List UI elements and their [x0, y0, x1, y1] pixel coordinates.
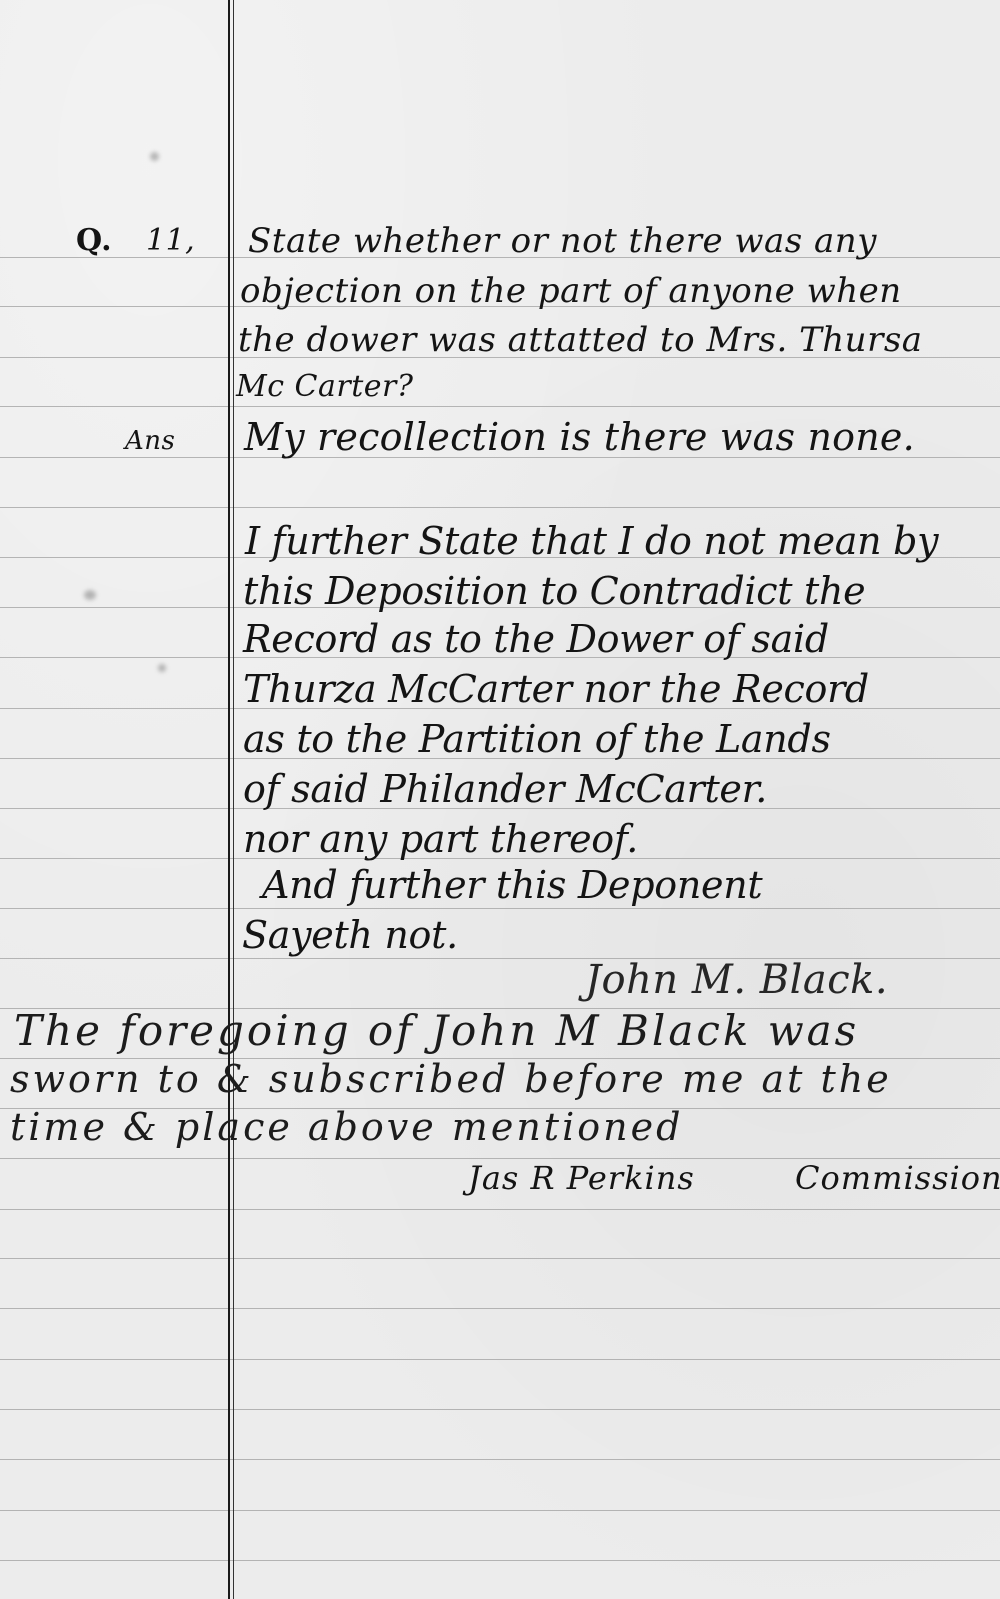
statement-line-1: I further State that I do not mean by: [245, 522, 938, 560]
ruled-line: [0, 507, 1000, 508]
ruled-line: [0, 1258, 1000, 1259]
answer-label: Ans: [125, 428, 175, 454]
question-line-4: Mc Carter?: [236, 372, 413, 402]
margin-rule-inner: [233, 0, 234, 1599]
ruled-line: [0, 1409, 1000, 1410]
ink-smudge: [84, 590, 96, 600]
commissioner-title: Commissioner: [795, 1162, 1000, 1194]
ruled-line: [0, 1359, 1000, 1360]
ruled-line: [0, 406, 1000, 407]
statement-line-7: nor any part thereof.: [243, 820, 638, 858]
question-label: Q.: [76, 226, 112, 256]
certification-line-3: time & place above mentioned: [10, 1108, 683, 1146]
statement-line-4: Thurza McCarter nor the Record: [243, 670, 869, 708]
margin-rule-outer: [228, 0, 230, 1599]
deposition-page: Q. 11, State whether or not there was an…: [0, 0, 1000, 1599]
ruled-line: [0, 1459, 1000, 1460]
ruled-line: [0, 1308, 1000, 1309]
question-line-1: State whether or not there was any: [248, 224, 877, 258]
ruled-line: [0, 908, 1000, 909]
answer-text: My recollection is there was none.: [244, 418, 915, 456]
certification-line-1: The foregoing of John M Black was: [14, 1010, 859, 1052]
question-line-3: the dower was attatted to Mrs. Thursa: [238, 323, 923, 357]
ink-smudge: [150, 152, 159, 161]
deponent-signature: John M. Black.: [585, 960, 888, 1000]
ink-smudge: [158, 664, 166, 672]
statement-line-9: Sayeth not.: [242, 916, 458, 954]
ruled-line: [0, 1510, 1000, 1511]
question-line-2: objection on the part of anyone when: [240, 274, 902, 308]
statement-line-5: as to the Partition of the Lands: [243, 720, 831, 758]
ruled-line: [0, 1560, 1000, 1561]
question-number: 11,: [146, 226, 195, 256]
commissioner-name: Jas R Perkins: [468, 1162, 695, 1194]
statement-line-6: of said Philander McCarter.: [243, 770, 767, 808]
statement-line-8: And further this Deponent: [262, 866, 762, 904]
statement-line-3: Record as to the Dower of said: [243, 620, 829, 658]
statement-line-2: this Deposition to Contradict the: [243, 572, 865, 610]
certification-line-2: sworn to & subscribed before me at the: [10, 1060, 892, 1098]
ruled-line: [0, 1209, 1000, 1210]
